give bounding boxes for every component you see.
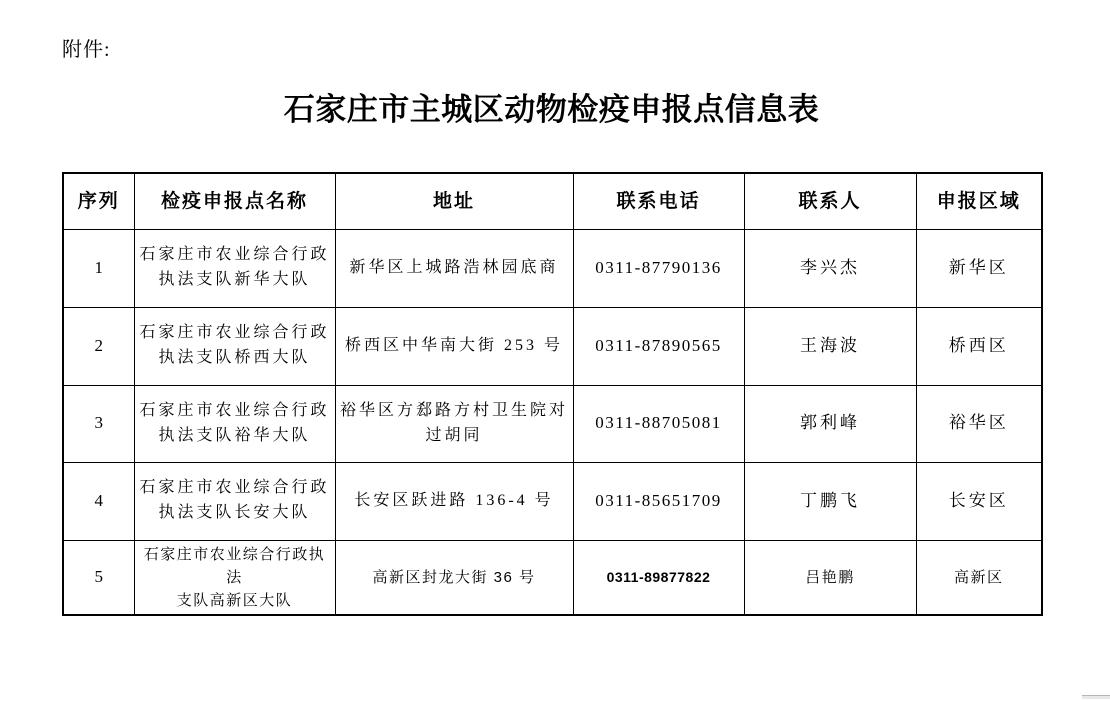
header-cell-seq: 序列 (63, 173, 134, 229)
cell-phone: 0311-89877822 (573, 540, 744, 615)
header-cell-phone: 联系电话 (573, 173, 744, 229)
table-row: 3 石家庄市农业综合行政 执法支队裕华大队 裕华区方郄路方村卫生院对 过胡同 0… (63, 385, 1042, 462)
header-cell-name: 检疫申报点名称 (134, 173, 335, 229)
document-page: 附件: 石家庄市主城区动物检疫申报点信息表 序列 检疫申报点名称 地址 联系电话… (0, 0, 1110, 701)
cell-area: 长安区 (916, 462, 1042, 540)
scrollbar-fragment[interactable] (1082, 695, 1110, 699)
header-cell-address: 地址 (335, 173, 573, 229)
cell-name: 石家庄市农业综合行政 执法支队长安大队 (134, 462, 335, 540)
cell-name: 石家庄市农业综合行政执法 支队高新区大队 (134, 540, 335, 615)
cell-address: 桥西区中华南大街 253 号 (335, 307, 573, 385)
cell-contact: 李兴杰 (744, 229, 916, 307)
cell-address: 长安区跃进路 136-4 号 (335, 462, 573, 540)
cell-contact: 丁鹏飞 (744, 462, 916, 540)
cell-name: 石家庄市农业综合行政 执法支队桥西大队 (134, 307, 335, 385)
cell-address: 裕华区方郄路方村卫生院对 过胡同 (335, 385, 573, 462)
cell-contact: 王海波 (744, 307, 916, 385)
cell-seq: 4 (63, 462, 134, 540)
cell-area: 新华区 (916, 229, 1042, 307)
cell-phone: 0311-85651709 (573, 462, 744, 540)
table-row: 5 石家庄市农业综合行政执法 支队高新区大队 高新区封龙大街 36 号 0311… (63, 540, 1042, 615)
cell-contact: 郭利峰 (744, 385, 916, 462)
cell-seq: 1 (63, 229, 134, 307)
attachment-label: 附件: (62, 33, 111, 62)
cell-seq: 3 (63, 385, 134, 462)
cell-seq: 2 (63, 307, 134, 385)
page-title: 石家庄市主城区动物检疫申报点信息表 (62, 84, 1041, 129)
header-cell-area: 申报区域 (916, 173, 1042, 229)
cell-name: 石家庄市农业综合行政 执法支队新华大队 (134, 229, 335, 307)
quarantine-points-table: 序列 检疫申报点名称 地址 联系电话 联系人 申报区域 1 石家庄市农业综合行政… (62, 172, 1043, 616)
table-row: 4 石家庄市农业综合行政 执法支队长安大队 长安区跃进路 136-4 号 031… (63, 462, 1042, 540)
cell-phone: 0311-87790136 (573, 229, 744, 307)
table-header-row: 序列 检疫申报点名称 地址 联系电话 联系人 申报区域 (63, 173, 1042, 229)
cell-address: 新华区上城路浩林园底商 (335, 229, 573, 307)
header-cell-contact: 联系人 (744, 173, 916, 229)
cell-phone: 0311-88705081 (573, 385, 744, 462)
cell-name: 石家庄市农业综合行政 执法支队裕华大队 (134, 385, 335, 462)
table-row: 2 石家庄市农业综合行政 执法支队桥西大队 桥西区中华南大街 253 号 031… (63, 307, 1042, 385)
cell-area: 裕华区 (916, 385, 1042, 462)
cell-contact: 吕艳鹏 (744, 540, 916, 615)
cell-area: 桥西区 (916, 307, 1042, 385)
table-row: 1 石家庄市农业综合行政 执法支队新华大队 新华区上城路浩林园底商 0311-8… (63, 229, 1042, 307)
cell-seq: 5 (63, 540, 134, 615)
cell-area: 高新区 (916, 540, 1042, 615)
cell-phone: 0311-87890565 (573, 307, 744, 385)
cell-address: 高新区封龙大街 36 号 (335, 540, 573, 615)
